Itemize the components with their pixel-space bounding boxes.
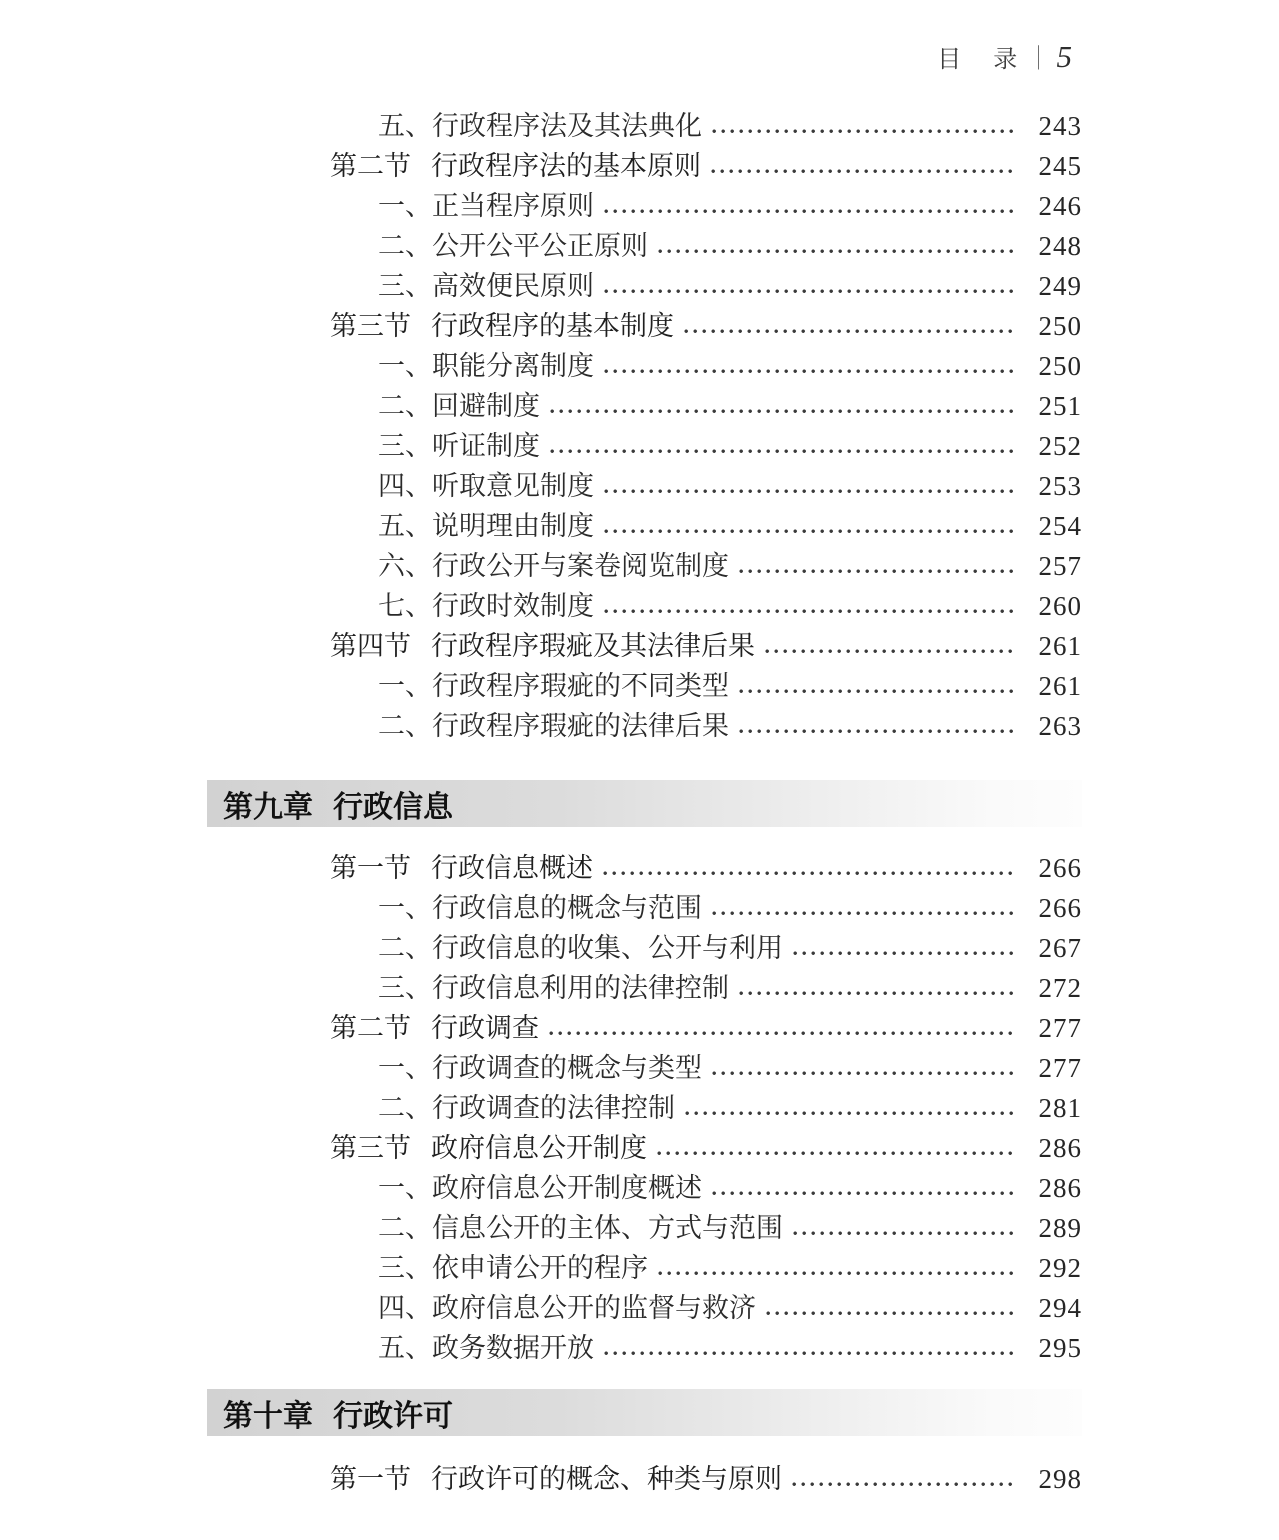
entry-label: 三、听证制度 [378,426,540,466]
entry-label: 一、政府信息公开制度概述 [378,1168,702,1208]
entry-page-number: 254 [1026,506,1082,546]
entry-label: 行政程序瑕疵及其法律后果 [431,626,755,666]
entry-page-number: 277 [1026,1048,1082,1088]
toc-entry-section: 第一节行政许可的概念、种类与原则298 [0,1459,1279,1499]
dot-leader [604,529,1014,534]
entry-section-number: 第一节 [330,848,411,888]
toc-list: 第一节行政信息概述266一、行政信息的概念与范围266二、行政信息的收集、公开与… [0,848,1279,1368]
entry-page-number: 250 [1026,346,1082,386]
entry-page-number: 249 [1026,266,1082,306]
header-divider: | [1037,41,1040,71]
toc-entry-sub: 二、行政调查的法律控制281 [0,1088,1279,1128]
entry-label: 三、行政信息利用的法律控制 [378,968,729,1008]
entry-page-number: 286 [1026,1168,1082,1208]
dot-leader [711,169,1014,174]
entry-label: 五、说明理由制度 [378,506,594,546]
entry-page-number: 261 [1026,666,1082,706]
entry-page-number: 245 [1026,146,1082,186]
entry-label: 三、高效便民原则 [378,266,594,306]
toc-entry-sub: 二、信息公开的主体、方式与范围289 [0,1208,1279,1248]
entry-page-number: 267 [1026,928,1082,968]
entry-label: 一、行政程序瑕疵的不同类型 [378,666,729,706]
entry-label: 五、政务数据开放 [378,1328,594,1368]
toc-entry-sub: 三、听证制度252 [0,426,1279,466]
toc-entry-section: 第三节行政程序的基本制度250 [0,306,1279,346]
toc-entry-section: 第二节行政调查277 [0,1008,1279,1048]
entry-page-number: 277 [1026,1008,1082,1048]
entry-label: 一、职能分离制度 [378,346,594,386]
entry-label: 一、行政调查的概念与类型 [378,1048,702,1088]
dot-leader [712,129,1014,134]
dot-leader [712,911,1014,916]
dot-leader [604,369,1014,374]
dot-leader [603,871,1014,876]
entry-page-number: 292 [1026,1248,1082,1288]
entry-label: 行政信息概述 [431,848,593,888]
entry-section-number: 第一节 [330,1459,411,1499]
entry-page-number: 251 [1026,386,1082,426]
toc-entry-section: 第三节政府信息公开制度286 [0,1128,1279,1168]
entry-section-number: 第二节 [330,146,411,186]
dot-leader [739,729,1014,734]
toc-entry-sub: 五、行政程序法及其法典化243 [0,106,1279,146]
dot-leader [550,409,1014,414]
entry-page-number: 243 [1026,106,1082,146]
toc-entry-sub: 一、行政信息的概念与范围266 [0,888,1279,928]
dot-leader [793,951,1014,956]
entry-page-number: 261 [1026,626,1082,666]
toc-entry-sub: 一、行政调查的概念与类型277 [0,1048,1279,1088]
entry-page-number: 257 [1026,546,1082,586]
entry-label: 行政程序法的基本原则 [431,146,701,186]
toc-content: 五、行政程序法及其法典化243第二节行政程序法的基本原则245一、正当程序原则2… [0,106,1279,1499]
entry-label: 行政调查 [431,1008,539,1048]
dot-leader [685,1111,1014,1116]
entry-page-number: 266 [1026,888,1082,928]
entry-page-number: 246 [1026,186,1082,226]
dot-leader [604,1351,1014,1356]
book-toc-page: 目 录 | 5 五、行政程序法及其法典化243第二节行政程序法的基本原则245一… [0,0,1279,1540]
entry-section-number: 第三节 [330,306,411,346]
entry-label: 政府信息公开制度 [431,1128,647,1168]
toc-entry-sub: 三、行政信息利用的法律控制272 [0,968,1279,1008]
chapter-heading: 第九章行政信息 [207,780,1082,827]
entry-label: 五、行政程序法及其法典化 [378,106,702,146]
entry-label: 二、行政程序瑕疵的法律后果 [378,706,729,746]
entry-label: 六、行政公开与案卷阅览制度 [378,546,729,586]
folio-page-number: 5 [1057,41,1073,72]
page-header: 目 录 | 5 [0,0,1279,72]
dot-leader [739,991,1014,996]
chapter-heading: 第十章行政许可 [207,1389,1082,1436]
entry-page-number: 281 [1026,1088,1082,1128]
toc-entry-sub: 二、行政信息的收集、公开与利用267 [0,928,1279,968]
toc-entry-sub: 三、高效便民原则249 [0,266,1279,306]
dot-leader [684,329,1014,334]
dot-leader [739,569,1014,574]
toc-entry-sub: 五、政务数据开放295 [0,1328,1279,1368]
entry-page-number: 298 [1026,1459,1082,1499]
dot-leader [658,1271,1014,1276]
entry-page-number: 286 [1026,1128,1082,1168]
toc-entry-sub: 五、说明理由制度254 [0,506,1279,546]
entry-page-number: 272 [1026,968,1082,1008]
entry-page-number: 266 [1026,848,1082,888]
dot-leader [657,1151,1014,1156]
entry-label: 二、行政调查的法律控制 [378,1088,675,1128]
dot-leader [712,1071,1014,1076]
dot-leader [792,1482,1014,1487]
entry-page-number: 294 [1026,1288,1082,1328]
entry-page-number: 260 [1026,586,1082,626]
entry-page-number: 252 [1026,426,1082,466]
toc-entry-sub: 七、行政时效制度260 [0,586,1279,626]
dot-leader [712,1191,1014,1196]
chapter-number: 第九章 [223,782,313,826]
entry-page-number: 289 [1026,1208,1082,1248]
dot-leader [549,1031,1014,1036]
entry-label: 二、信息公开的主体、方式与范围 [378,1208,783,1248]
entry-label: 二、行政信息的收集、公开与利用 [378,928,783,968]
entry-label: 四、政府信息公开的监督与救济 [378,1288,756,1328]
entry-page-number: 253 [1026,466,1082,506]
entry-label: 四、听取意见制度 [378,466,594,506]
entry-label: 一、行政信息的概念与范围 [378,888,702,928]
toc-entry-sub: 六、行政公开与案卷阅览制度257 [0,546,1279,586]
dot-leader [765,649,1014,654]
toc-entry-section: 第四节行政程序瑕疵及其法律后果261 [0,626,1279,666]
entry-page-number: 295 [1026,1328,1082,1368]
entry-label: 二、公开公平公正原则 [378,226,648,266]
toc-list: 第一节行政许可的概念、种类与原则298 [0,1459,1279,1499]
dot-leader [604,289,1014,294]
chapter-title: 行政信息 [333,782,453,826]
entry-page-number: 248 [1026,226,1082,266]
toc-entry-sub: 一、正当程序原则246 [0,186,1279,226]
entry-section-number: 第二节 [330,1008,411,1048]
toc-list: 五、行政程序法及其法典化243第二节行政程序法的基本原则245一、正当程序原则2… [0,106,1279,746]
entry-label: 一、正当程序原则 [378,186,594,226]
chapter-title: 行政许可 [333,1391,453,1435]
entry-label: 二、回避制度 [378,386,540,426]
entry-label: 三、依申请公开的程序 [378,1248,648,1288]
toc-entry-sub: 三、依申请公开的程序292 [0,1248,1279,1288]
entry-label: 七、行政时效制度 [378,586,594,626]
dot-leader [604,209,1014,214]
dot-leader [766,1311,1014,1316]
entry-page-number: 263 [1026,706,1082,746]
toc-entry-sub: 二、行政程序瑕疵的法律后果263 [0,706,1279,746]
toc-entry-sub: 四、听取意见制度253 [0,466,1279,506]
toc-entry-section: 第一节行政信息概述266 [0,848,1279,888]
toc-entry-sub: 一、职能分离制度250 [0,346,1279,386]
entry-section-number: 第四节 [330,626,411,666]
chapter-number: 第十章 [223,1391,313,1435]
entry-section-number: 第三节 [330,1128,411,1168]
dot-leader [604,489,1014,494]
toc-entry-sub: 一、行政程序瑕疵的不同类型261 [0,666,1279,706]
dot-leader [658,249,1014,254]
toc-entry-sub: 二、回避制度251 [0,386,1279,426]
dot-leader [550,449,1014,454]
toc-header-label: 目 录 [937,39,1021,74]
dot-leader [604,609,1014,614]
toc-entry-section: 第二节行政程序法的基本原则245 [0,146,1279,186]
toc-entry-sub: 四、政府信息公开的监督与救济294 [0,1288,1279,1328]
toc-entry-sub: 一、政府信息公开制度概述286 [0,1168,1279,1208]
dot-leader [793,1231,1014,1236]
toc-entry-sub: 二、公开公平公正原则248 [0,226,1279,266]
entry-label: 行政许可的概念、种类与原则 [431,1459,782,1499]
entry-page-number: 250 [1026,306,1082,346]
dot-leader [739,689,1014,694]
entry-label: 行政程序的基本制度 [431,306,674,346]
